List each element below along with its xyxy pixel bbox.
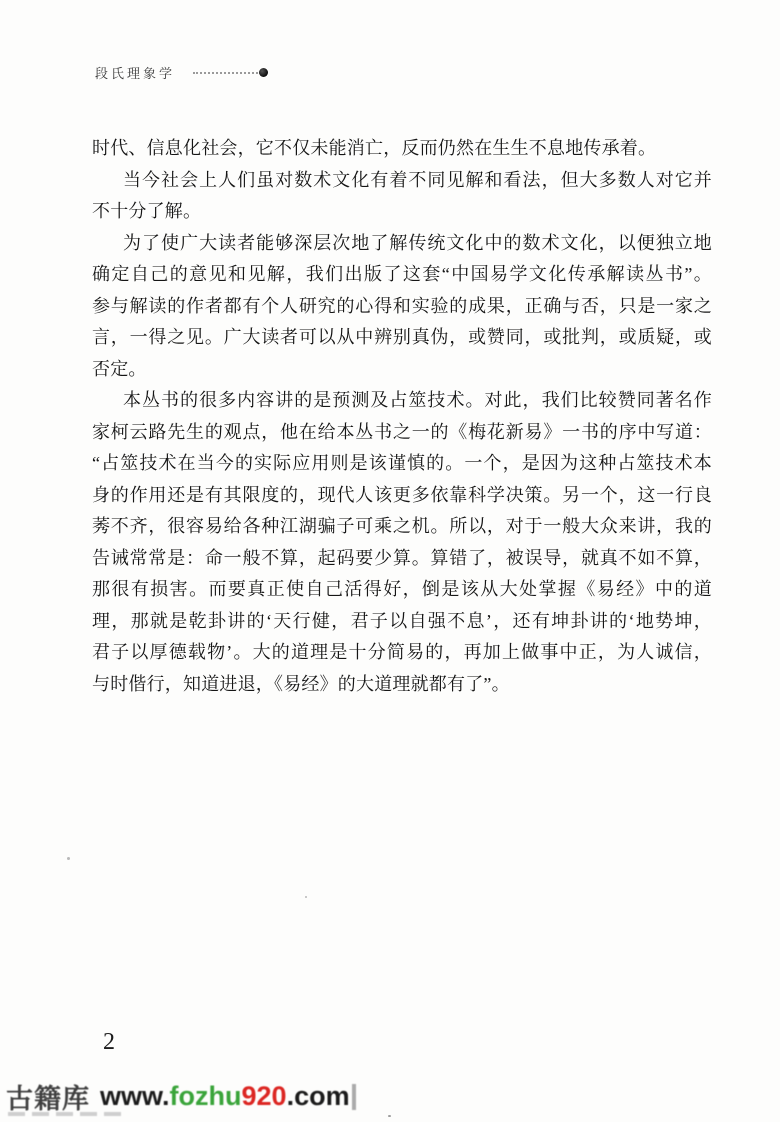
text-line: 莠不齐，很容易给各种江湖骗子可乘之机。所以，对于一般大众来讲，我的 xyxy=(92,511,712,543)
header-bullet-icon xyxy=(259,68,268,77)
text-line: 本丛书的很多内容讲的是预测及占筮技术。对此，我们比较赞同著名作 xyxy=(92,385,712,417)
book-page: 段氏理象学 时代、信息化社会，它不仅未能消亡，反而仍然在生生不息地传承着。当今社… xyxy=(0,0,780,1122)
watermark-site-name: 古籍库 xyxy=(6,1077,90,1116)
page-number: 2 xyxy=(103,1029,115,1056)
text-line: 当今社会上人们虽对数术文化有着不同见解和看法，但大多数人对它并 xyxy=(92,165,712,197)
scan-speck xyxy=(388,1115,391,1117)
text-line: 身的作用还是有其限度的，现代人该更多依靠科学决策。另一个，这一行良 xyxy=(92,480,712,512)
text-line: 确定自己的意见和见解，我们出版了这套“中国易学文化传承解读丛书”。 xyxy=(92,259,712,291)
watermark-url-digits: 920 xyxy=(242,1081,287,1112)
text-line: 参与解读的作者都有个人研究的心得和实验的成果，正确与否，只是一家之 xyxy=(92,291,712,323)
text-line: 言，一得之见。广大读者可以从中辨别真伪，或赞同，或批判，或质疑，或 xyxy=(92,322,712,354)
watermark-url-tld: .com xyxy=(287,1081,350,1112)
text-line: 为了使广大读者能够深层次地了解传统文化中的数术文化，以便独立地 xyxy=(92,228,712,260)
scan-speck xyxy=(67,857,70,860)
watermark: 古籍库 www. fozhu 920 .com xyxy=(6,1077,356,1116)
watermark-url-www: www. xyxy=(100,1081,170,1112)
header-dotted-rule xyxy=(193,72,261,74)
scan-speck xyxy=(305,896,307,898)
watermark-cutoff-mark xyxy=(352,1084,356,1110)
text-line: 君子以厚德载物’。大的道理是十分简易的，再加上做事中正，为人诚信， xyxy=(92,637,712,669)
text-line: 否定。 xyxy=(92,354,712,386)
text-line: 不十分了解。 xyxy=(92,196,712,228)
running-header: 段氏理象学 xyxy=(95,63,268,82)
body-text-block: 时代、信息化社会，它不仅未能消亡，反而仍然在生生不息地传承着。当今社会上人们虽对… xyxy=(92,133,712,700)
text-line: 时代、信息化社会，它不仅未能消亡，反而仍然在生生不息地传承着。 xyxy=(92,133,712,165)
watermark-ghost-row xyxy=(8,1112,121,1116)
text-line: 那很有损害。而要真正使自己活得好，倒是该从大处掌握《易经》中的道 xyxy=(92,574,712,606)
text-line: 家柯云路先生的观点，他在给本丛书之一的《梅花新易》一书的序中写道： xyxy=(92,417,712,449)
text-line: 与时偕行，知道进退，《易经》的大道理就都有了”。 xyxy=(92,669,712,701)
running-head-title: 段氏理象学 xyxy=(95,63,175,82)
text-line: “占筮技术在当今的实际应用则是该谨慎的。一个，是因为这种占筮技术本 xyxy=(92,448,712,480)
text-line: 理，那就是乾卦讲的‘天行健，君子以自强不息’，还有坤卦讲的‘地势坤， xyxy=(92,606,712,638)
watermark-url-host: fozhu xyxy=(170,1081,242,1112)
text-line: 告诫常常是：命一般不算，起码要少算。算错了，被误导，就真不如不算， xyxy=(92,543,712,575)
